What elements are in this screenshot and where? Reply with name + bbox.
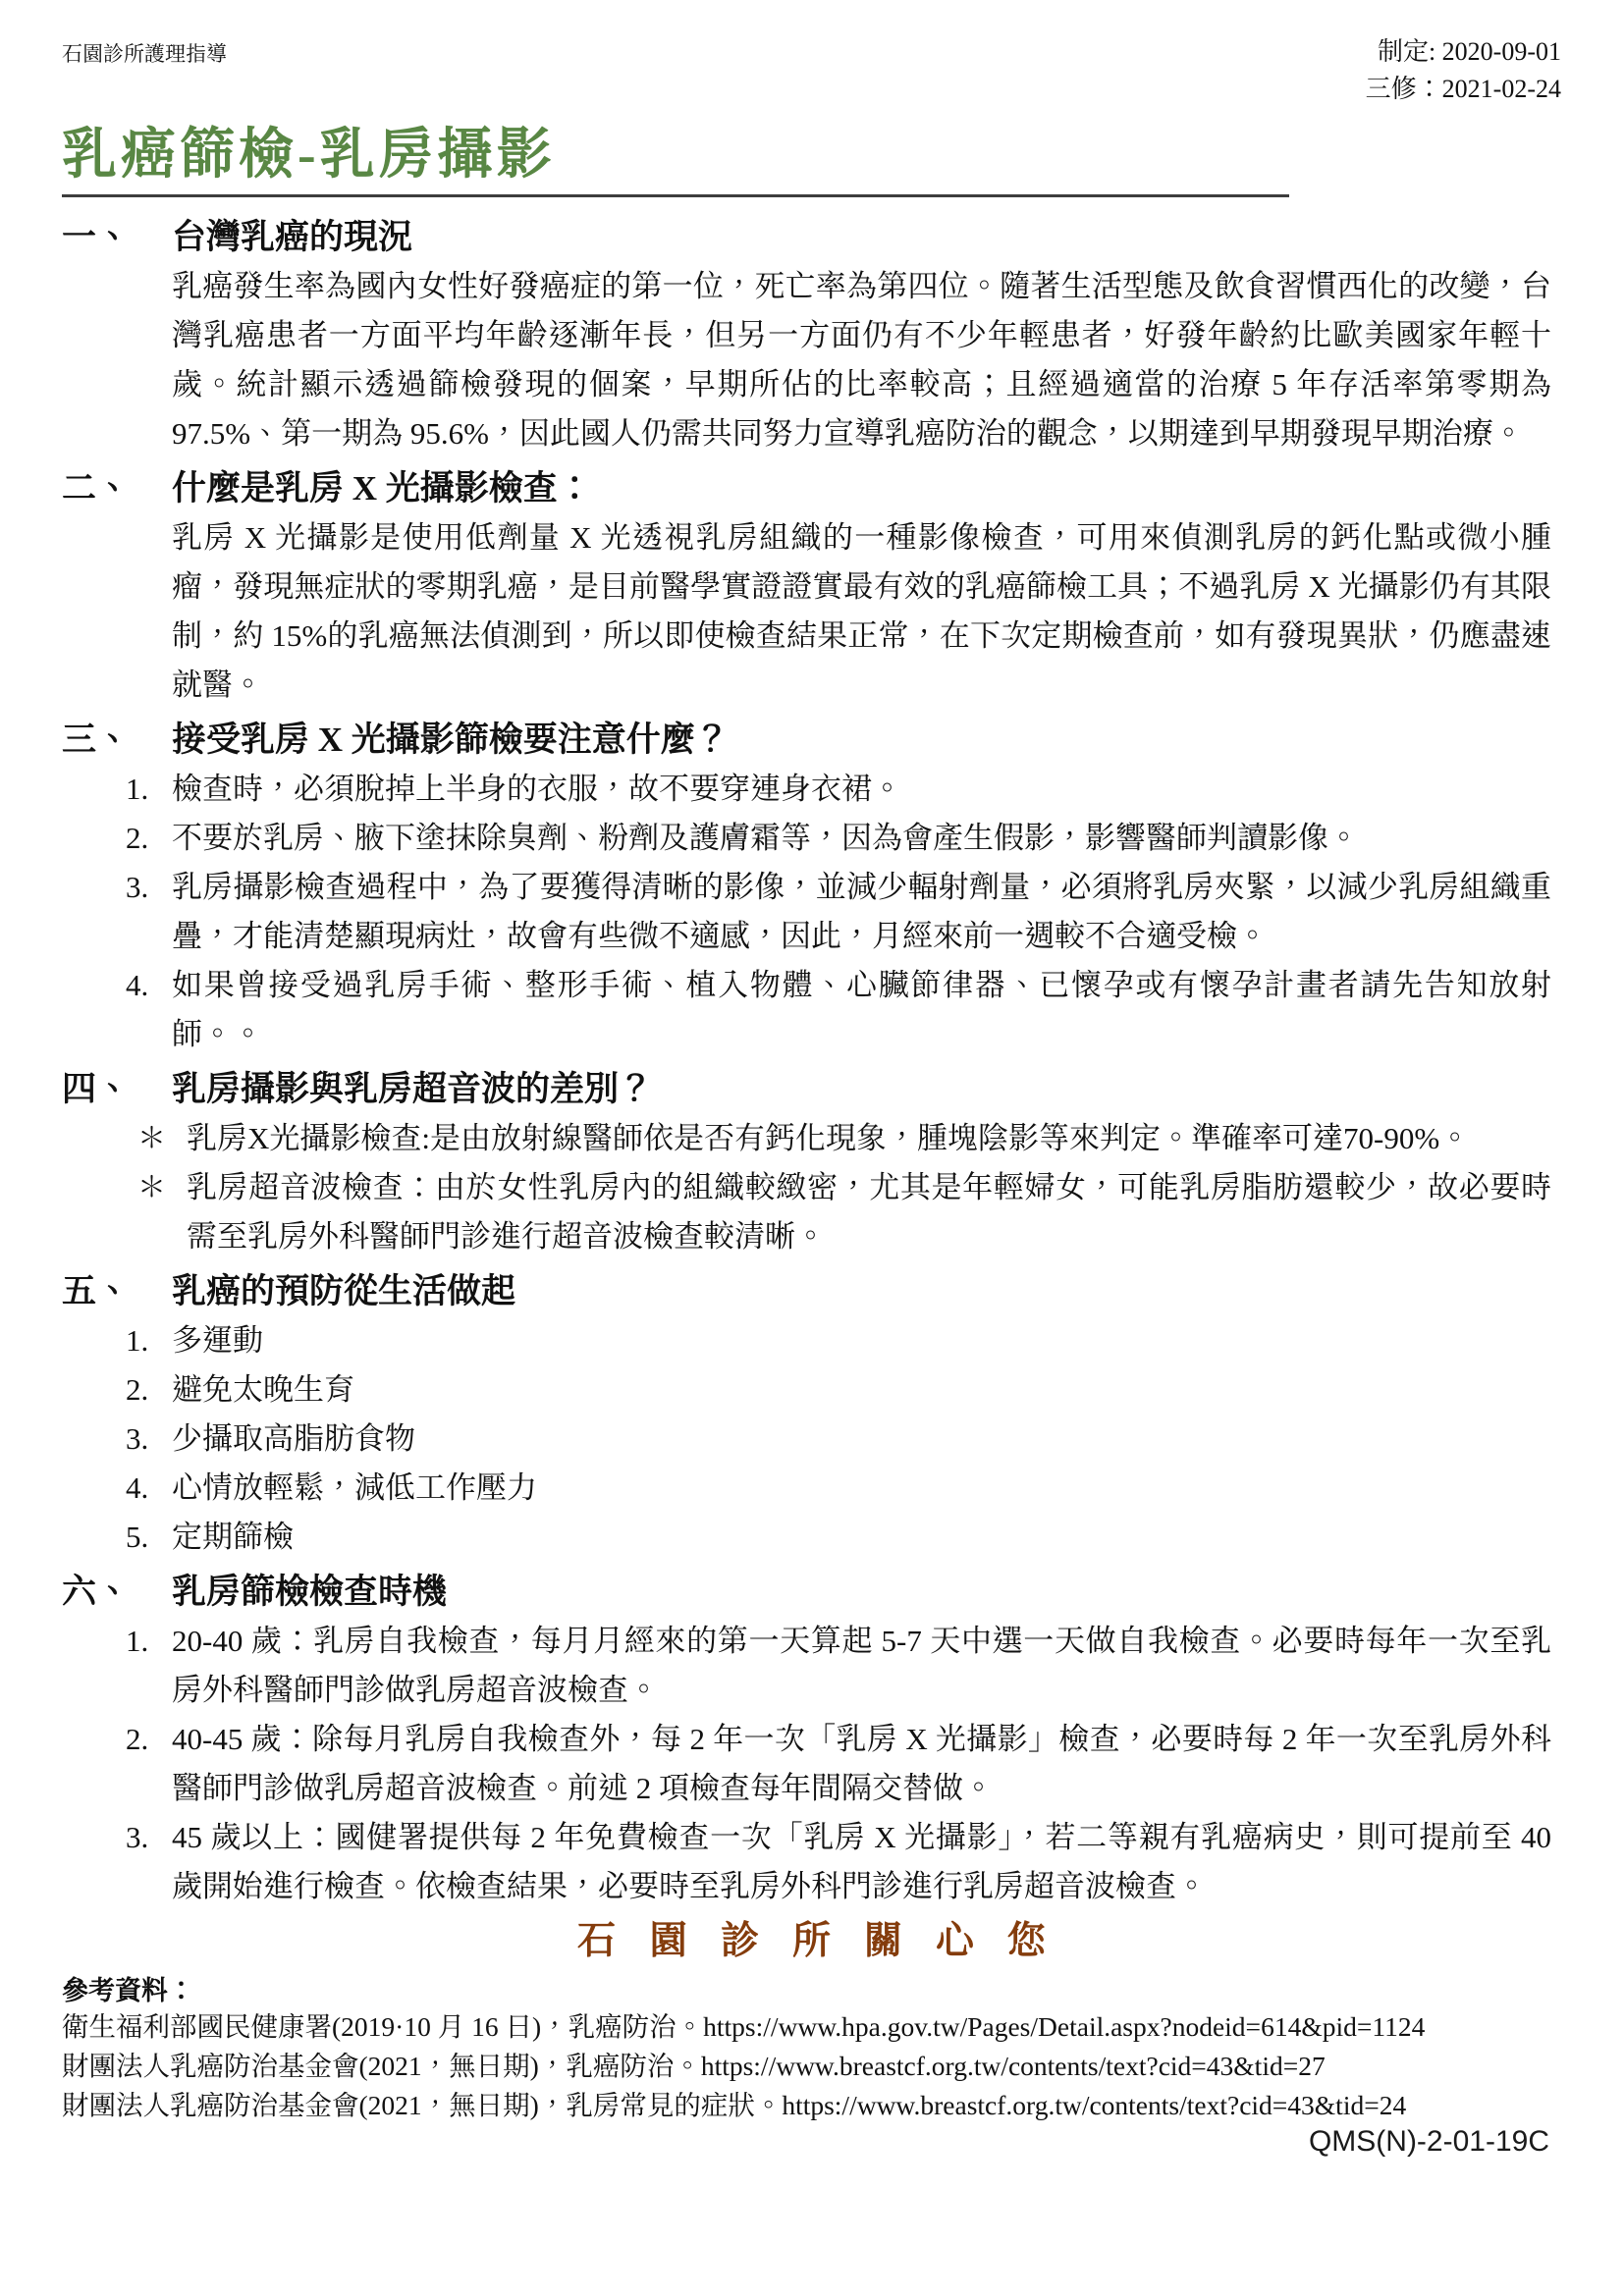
item-marker: 1. (126, 1617, 148, 1666)
section-title: 乳房攝影與乳房超音波的差別？ (172, 1065, 653, 1114)
item-marker: 2. (126, 1715, 148, 1764)
page-title: 乳癌篩檢-乳房攝影 (62, 124, 1561, 187)
clinic-slogan: 石園診所關心您 (62, 1919, 1561, 1964)
section-heading: 五、 乳癌的預防從生活做起 (62, 1267, 1561, 1316)
item-text: 45 歲以上：國健署提供每 2 年免費檢查一次「乳房 X 光攝影」，若二等親有乳… (172, 1820, 1551, 1903)
list-item: 1. 檢查時，必須脫掉上半身的衣服，故不要穿連身衣裙。 (126, 765, 1551, 814)
item-text: 多運動 (172, 1323, 263, 1358)
list-item: 2. 不要於乳房、腋下塗抹除臭劑、粉劑及護膚霜等，因為會產生假影，影響醫師判讀影… (126, 814, 1551, 863)
asterisk-list: ＊ 乳房X光攝影檢查:是由放射線醫師依是否有鈣化現象，腫塊陰影等來判定。準確率可… (137, 1114, 1561, 1261)
title-underline (62, 194, 1289, 197)
section-heading: 一、 台灣乳癌的現況 (62, 213, 1561, 262)
list-item: 4. 心情放輕鬆，減低工作壓力 (126, 1464, 1551, 1513)
section-number: 三、 (62, 716, 172, 765)
section-heading: 四、 乳房攝影與乳房超音波的差別？ (62, 1065, 1561, 1114)
list-item: 4. 如果曾接受過乳房手術、整形手術、植入物體、心臟節律器、已懷孕或有懷孕計畫者… (126, 961, 1551, 1059)
item-marker: 4. (126, 961, 148, 1010)
references-list: 衛生福利部國民健康署(2019·10 月 16 日)，乳癌防治。https://… (62, 2007, 1561, 2125)
section-paragraph: 乳癌發生率為國內女性好發癌症的第一位，死亡率為第四位。隨著生活型態及飲食習慣西化… (172, 262, 1551, 458)
asterisk-marker: ＊ (137, 1114, 166, 1163)
section-title: 什麼是乳房 X 光攝影檢查： (172, 464, 592, 513)
section-2-what-is-mammography: 二、 什麼是乳房 X 光攝影檢查： 乳房 X 光攝影是使用低劑量 X 光透視乳房… (62, 464, 1561, 710)
item-text: 定期篩檢 (172, 1520, 294, 1554)
section-heading: 六、 乳房篩檢檢查時機 (62, 1568, 1561, 1617)
section-4-mammography-vs-ultrasound: 四、 乳房攝影與乳房超音波的差別？ ＊ 乳房X光攝影檢查:是由放射線醫師依是否有… (62, 1065, 1561, 1261)
item-text: 乳房X光攝影檢查:是由放射線醫師依是否有鈣化現象，腫塊陰影等來判定。準確率可達7… (187, 1121, 1470, 1155)
section-number: 一、 (62, 213, 172, 262)
item-text: 心情放輕鬆，減低工作壓力 (172, 1470, 537, 1505)
asterisk-marker: ＊ (137, 1163, 166, 1212)
revision-date: 三修：2021-02-24 (1366, 71, 1561, 108)
numbered-list: 1. 多運動 2. 避免太晚生育 3. 少攝取高脂肪食物 4. 心情放輕鬆，減低… (126, 1316, 1561, 1562)
list-item: 2. 40-45 歲：除每月乳房自我檢查外，每 2 年一次「乳房 X 光攝影」檢… (126, 1715, 1551, 1813)
section-heading: 三、 接受乳房 X 光攝影篩檢要注意什麼？ (62, 716, 1561, 765)
item-text: 如果曾接受過乳房手術、整形手術、植入物體、心臟節律器、已懷孕或有懷孕計畫者請先告… (172, 968, 1551, 1051)
list-item: 3. 45 歲以上：國健署提供每 2 年免費檢查一次「乳房 X 光攝影」，若二等… (126, 1813, 1551, 1911)
section-number: 四、 (62, 1065, 172, 1114)
section-6-screening-schedule: 六、 乳房篩檢檢查時機 1. 20-40 歲：乳房自我檢查，每月月經來的第一天算… (62, 1568, 1561, 1911)
item-marker: 3. (126, 1415, 148, 1464)
item-marker: 4. (126, 1464, 148, 1513)
section-title: 乳癌的預防從生活做起 (172, 1267, 515, 1316)
list-item: 3. 少攝取高脂肪食物 (126, 1415, 1551, 1464)
section-3-precautions: 三、 接受乳房 X 光攝影篩檢要注意什麼？ 1. 檢查時，必須脫掉上半身的衣服，… (62, 716, 1561, 1059)
item-text: 40-45 歲：除每月乳房自我檢查外，每 2 年一次「乳房 X 光攝影」檢查，必… (172, 1722, 1551, 1805)
clinic-guide-label: 石園診所護理指導 (62, 33, 227, 69)
list-item: 5. 定期篩檢 (126, 1513, 1551, 1562)
list-item: 3. 乳房攝影檢查過程中，為了要獲得清晰的影像，並減少輻射劑量，必須將乳房夾緊，… (126, 863, 1551, 961)
item-marker: 2. (126, 814, 148, 863)
document-body: 一、 台灣乳癌的現況 乳癌發生率為國內女性好發癌症的第一位，死亡率為第四位。隨著… (62, 213, 1561, 1911)
page-header: 石園診所護理指導 制定: 2020-09-01 三修：2021-02-24 (62, 33, 1561, 108)
list-item: ＊ 乳房超音波檢查：由於女性乳房內的組織較緻密，尤其是年輕婦女，可能乳房脂肪還較… (137, 1163, 1551, 1261)
established-date: 制定: 2020-09-01 (1366, 33, 1561, 71)
section-number: 六、 (62, 1568, 172, 1617)
list-item: ＊ 乳房X光攝影檢查:是由放射線醫師依是否有鈣化現象，腫塊陰影等來判定。準確率可… (137, 1114, 1551, 1163)
item-text: 20-40 歲：乳房自我檢查，每月月經來的第一天算起 5-7 天中選一天做自我檢… (172, 1624, 1551, 1707)
section-title: 乳房篩檢檢查時機 (172, 1568, 447, 1617)
list-item: 2. 避免太晚生育 (126, 1365, 1551, 1415)
section-title: 接受乳房 X 光攝影篩檢要注意什麼？ (172, 716, 730, 765)
item-marker: 1. (126, 1316, 148, 1365)
reference-item: 財團法人乳癌防治基金會(2021，無日期)，乳房常見的症狀。https://ww… (62, 2086, 1561, 2125)
item-text: 不要於乳房、腋下塗抹除臭劑、粉劑及護膚霜等，因為會產生假影，影響醫師判讀影像。 (172, 821, 1359, 855)
reference-item: 衛生福利部國民健康署(2019·10 月 16 日)，乳癌防治。https://… (62, 2007, 1561, 2047)
numbered-list: 1. 檢查時，必須脫掉上半身的衣服，故不要穿連身衣裙。 2. 不要於乳房、腋下塗… (126, 765, 1561, 1059)
item-text: 避免太晚生育 (172, 1372, 354, 1407)
item-text: 乳房攝影檢查過程中，為了要獲得清晰的影像，並減少輻射劑量，必須將乳房夾緊，以減少… (172, 870, 1551, 953)
item-marker: 3. (126, 863, 148, 912)
item-text: 乳房超音波檢查：由於女性乳房內的組織較緻密，尤其是年輕婦女，可能乳房脂肪還較少，… (187, 1170, 1551, 1254)
section-number: 五、 (62, 1267, 172, 1316)
section-paragraph: 乳房 X 光攝影是使用低劑量 X 光透視乳房組織的一種影像檢查，可用來偵測乳房的… (172, 513, 1551, 710)
document-page: { "header": { "clinic_label": "石園診所護理指導"… (0, 0, 1624, 2296)
section-number: 二、 (62, 464, 172, 513)
section-1-current-status: 一、 台灣乳癌的現況 乳癌發生率為國內女性好發癌症的第一位，死亡率為第四位。隨著… (62, 213, 1561, 458)
list-item: 1. 多運動 (126, 1316, 1551, 1365)
item-text: 少攝取高脂肪食物 (172, 1421, 415, 1456)
item-marker: 3. (126, 1813, 148, 1862)
item-marker: 2. (126, 1365, 148, 1415)
item-marker: 5. (126, 1513, 148, 1562)
numbered-list: 1. 20-40 歲：乳房自我檢查，每月月經來的第一天算起 5-7 天中選一天做… (126, 1617, 1561, 1911)
section-5-prevention-lifestyle: 五、 乳癌的預防從生活做起 1. 多運動 2. 避免太晚生育 3. 少攝取高脂肪… (62, 1267, 1561, 1562)
references-label: 參考資料： (62, 1974, 1561, 2007)
list-item: 1. 20-40 歲：乳房自我檢查，每月月經來的第一天算起 5-7 天中選一天做… (126, 1617, 1551, 1715)
item-text: 檢查時，必須脫掉上半身的衣服，故不要穿連身衣裙。 (172, 772, 902, 806)
section-title: 台灣乳癌的現況 (172, 213, 412, 262)
section-heading: 二、 什麼是乳房 X 光攝影檢查： (62, 464, 1561, 513)
reference-item: 財團法人乳癌防治基金會(2021，無日期)，乳癌防治。https://www.b… (62, 2047, 1561, 2086)
doc-code: QMS(N)-2-01-19C (1309, 2125, 1549, 2159)
revision-dates: 制定: 2020-09-01 三修：2021-02-24 (1366, 33, 1561, 108)
item-marker: 1. (126, 765, 148, 814)
